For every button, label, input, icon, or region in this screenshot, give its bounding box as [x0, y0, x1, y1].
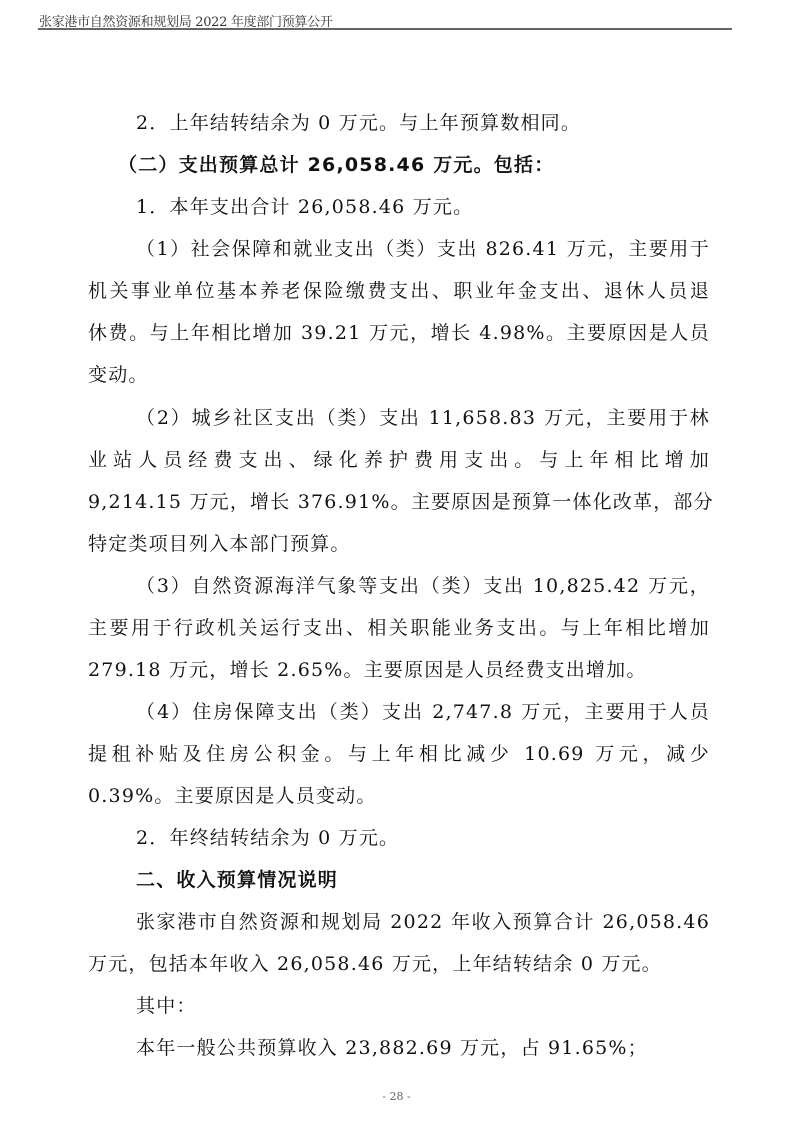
header-divider [38, 28, 732, 30]
page-number: - 28 - [0, 1090, 793, 1103]
paragraph-line: （3）自然资源海洋气象等支出（类）支出 10,825.42 万元， [136, 571, 710, 598]
paragraph-line: 特定类项目列入本部门预算。 [88, 529, 351, 556]
paragraph-line: 2．年终结转结余为 0 万元。 [136, 823, 399, 850]
section-heading: 二、收入预算情况说明 [136, 865, 338, 892]
paragraph-line: 0.39%。主要原因是人员变动。 [88, 781, 377, 808]
paragraph-line: 279.18 万元，增长 2.65%。主要原因是人员经费支出增加。 [88, 655, 647, 682]
paragraph-line: 休费。与上年相比增加 39.21 万元，增长 4.98%。主要原因是人员 [88, 318, 710, 345]
paragraph-line: 业站人员经费支出、绿化养护费用支出。与上年相比增加 [88, 445, 710, 472]
paragraph-line: 1．本年支出合计 26,058.46 万元。 [136, 192, 473, 219]
paragraph-line: 变动。 [88, 360, 149, 387]
paragraph-line: 9,214.15 万元，增长 376.91%。主要原因是预算一体化改革，部分 [88, 487, 710, 514]
paragraph-line: 张家港市自然资源和规划局 2022 年收入预算合计 26,058.46 [136, 907, 710, 934]
paragraph-line: 提租补贴及住房公积金。与上年相比减少 10.69 万元，减少 [88, 739, 710, 766]
paragraph-line: 本年一般公共预算收入 23,882.69 万元，占 91.65%； [136, 1033, 648, 1060]
paragraph-line: 2．上年结转结余为 0 万元。与上年预算数相同。 [136, 108, 581, 135]
section-heading: （二）支出预算总计 26,058.46 万元。包括： [118, 150, 554, 177]
paragraph-line: （2）城乡社区支出（类）支出 11,658.83 万元，主要用于林 [136, 403, 710, 430]
paragraph-line: 机关事业单位基本养老保险缴费支出、职业年金支出、退休人员退 [88, 276, 710, 303]
paragraph-line: （4）住房保障支出（类）支出 2,747.8 万元，主要用于人员 [136, 697, 710, 724]
paragraph-line: 其中： [136, 991, 197, 1018]
paragraph-line: （1）社会保障和就业支出（类）支出 826.41 万元，主要用于 [136, 234, 710, 261]
paragraph-line: 主要用于行政机关运行支出、相关职能业务支出。与上年相比增加 [88, 613, 710, 640]
paragraph-line: 万元，包括本年收入 26,058.46 万元，上年结转结余 0 万元。 [88, 949, 662, 976]
